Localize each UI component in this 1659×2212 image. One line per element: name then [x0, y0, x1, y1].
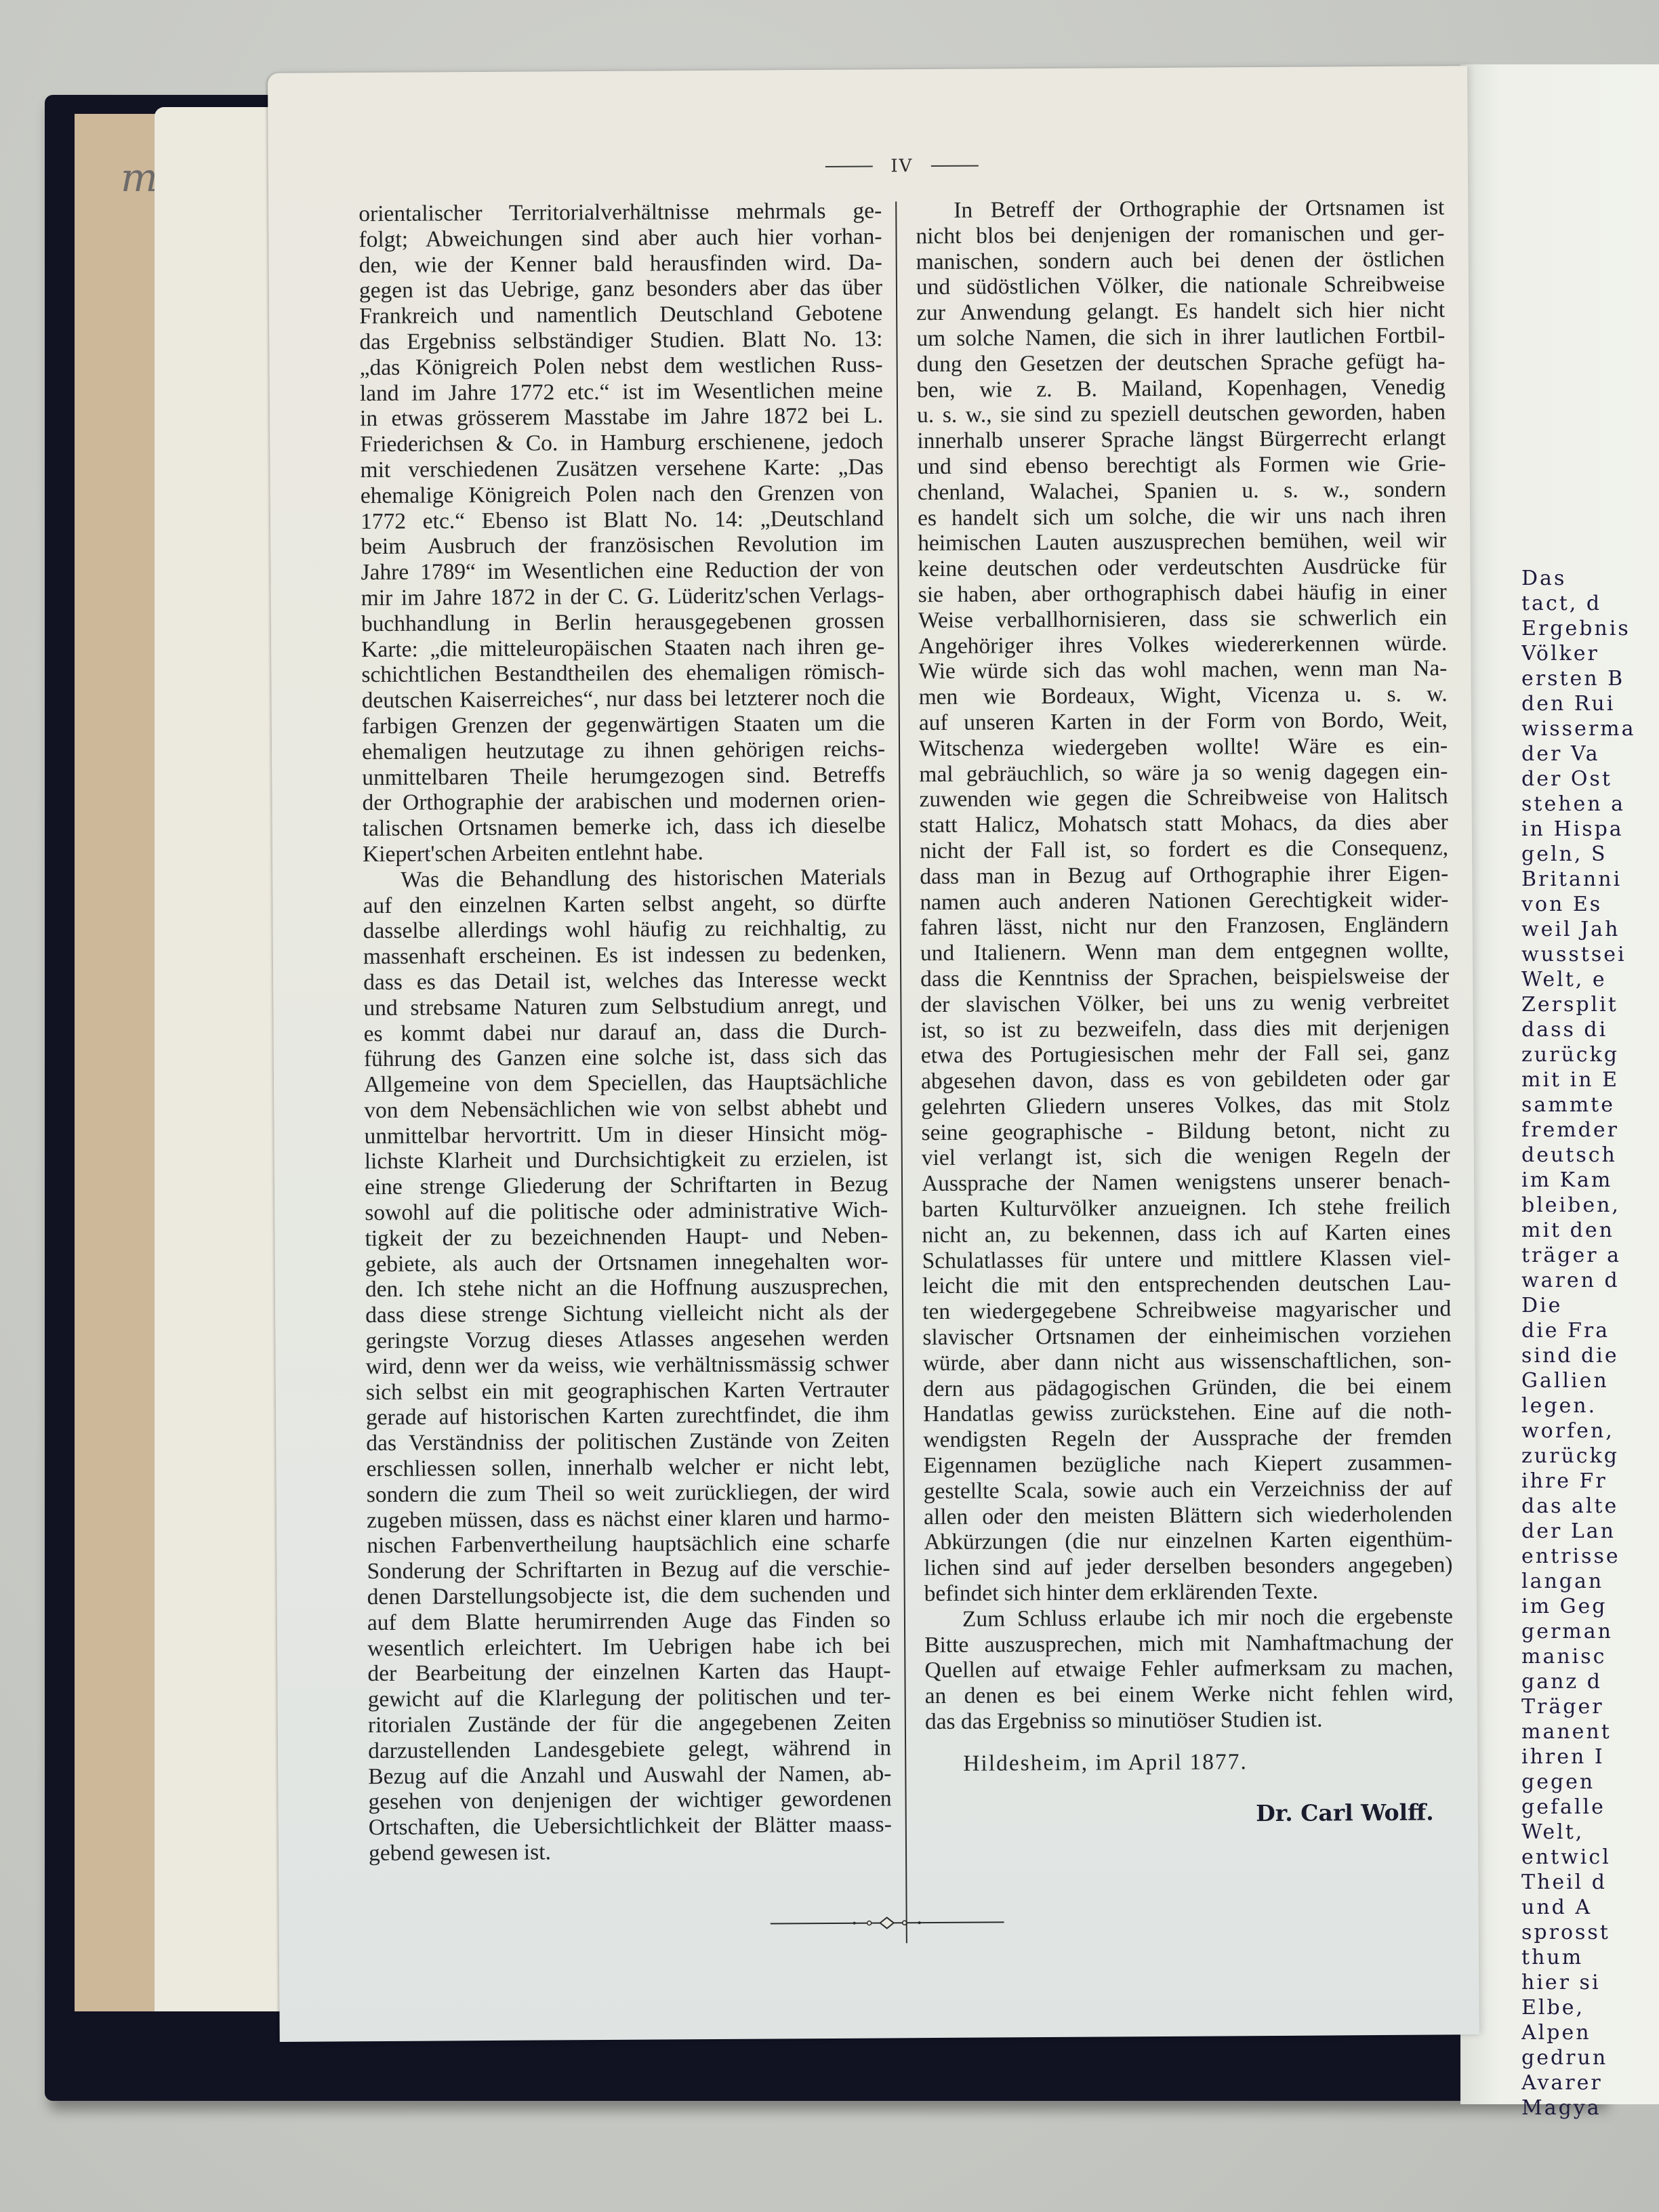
fragment-line: manisc [1521, 1644, 1659, 1669]
fragment-line: und A [1521, 1895, 1659, 1920]
fragment-line: gegen [1521, 1769, 1659, 1795]
text-line: geringste Vorzug dieses Atlasses angeseh… [365, 1325, 888, 1354]
text-line: massenhaft erscheinen. Es ist indessen z… [363, 941, 886, 970]
page-header: IV [800, 155, 1004, 177]
text-line: namen auch anderen Nationen Gerechtigkei… [920, 886, 1448, 916]
text-line: das Ergebniss selbständiger Studien. Bla… [359, 326, 882, 355]
text-line: Witschenza wiedergeben wollte! Wäre es e… [919, 733, 1448, 762]
text-line: dasselbe allerdings wohl häufig zu reich… [363, 916, 886, 945]
text-line: der Orthographie der arabischen und mode… [362, 787, 885, 817]
text-line: Karte: „die mitteleuropäischen Staaten n… [361, 634, 884, 663]
fragment-line: Theil d [1521, 1870, 1659, 1895]
text-line: auf unseren Karten in der Form von Bordo… [919, 707, 1448, 736]
text-line: dung den Gesetzen der deutschen Sprache … [917, 348, 1446, 377]
text-line: befindet sich hinter dem erklärenden Tex… [924, 1578, 1453, 1607]
fragment-line: im Kam [1521, 1168, 1659, 1193]
fragment-line: entwicl [1521, 1845, 1659, 1870]
fragment-line: Welt, e [1521, 967, 1659, 992]
fragment-line: entrisse [1521, 1544, 1659, 1569]
text-line: talischen Ortsnamen bemerke ich, dass ic… [363, 813, 886, 842]
text-line: nicht an, zu bekennen, dass ich auf Kart… [922, 1219, 1450, 1248]
text-line: ehemaligen heutzutage zu ihnen gehörigen… [362, 736, 885, 765]
text-line: abgesehen davon, dass es von gebildeten … [921, 1065, 1450, 1094]
fragment-line: gefalle [1521, 1795, 1659, 1820]
fragment-line: zurückg [1521, 1042, 1659, 1067]
fragment-line: Magya [1521, 2095, 1659, 2121]
text-line: Schulatlasses für untere und mittlere Kl… [922, 1245, 1451, 1274]
text-line: mal gebräuchlich, so wäre ja so wenig da… [919, 758, 1448, 787]
fragment-line: mit den [1521, 1218, 1659, 1243]
text-line: allen oder den meisten Blättern sich wie… [924, 1501, 1452, 1530]
text-line: manischen, sondern auch bei denen der ös… [916, 246, 1445, 275]
fragment-line: Völker [1521, 641, 1659, 666]
text-line: dass diese strenge Sichtung vielleicht n… [365, 1300, 888, 1329]
fragment-line: Die [1521, 1293, 1659, 1318]
fragment-line: dass di [1521, 1017, 1659, 1042]
pencil-mark: m [121, 155, 158, 201]
fragment-line: Welt, [1521, 1820, 1659, 1845]
text-line: Was die Behandlung des historischen Mate… [363, 864, 886, 893]
text-line: denen Darstellungsobjecte ist, die dem s… [367, 1581, 890, 1610]
fragment-line: Britanni [1521, 867, 1659, 892]
text-line: wendigsten Regeln der Aussprache der fre… [923, 1425, 1452, 1454]
text-line: erschliessen sollen, innerhalb welcher e… [366, 1453, 889, 1482]
text-line: der Bearbeitung der einzelnen Karten das… [367, 1658, 890, 1687]
text-line: folgt; Abweichungen sind aber auch hier … [359, 224, 882, 253]
text-line: orientalischer Territorialverhältnisse m… [359, 198, 882, 227]
text-line: dass man in Bezug auf Orthographie ihrer… [920, 861, 1448, 890]
text-line: gestellte Scala, sowie auch ein Verzeich… [924, 1475, 1452, 1504]
text-line: Abkürzungen (die nur einzelnen Karten ei… [924, 1527, 1452, 1556]
fragment-line: Zersplit [1521, 992, 1659, 1017]
text-line: gerade auf historischen Karten zurechtfi… [366, 1402, 889, 1431]
fragment-line: wisserma [1521, 716, 1659, 741]
fragment-line: im Geg [1521, 1594, 1659, 1619]
text-line: und sind ebenso berechtigt als Formen wi… [917, 451, 1446, 480]
fragment-line: stehen a [1521, 792, 1659, 817]
text-line: Frankreich und namentlich Deutschland Ge… [359, 301, 882, 330]
text-line: land im Jahre 1772 etc.“ ist im Wesentli… [360, 377, 883, 407]
fragment-line: worfen, [1521, 1418, 1659, 1443]
text-line: nicht blos bei denjenigen der romanische… [916, 220, 1444, 249]
fragment-line: Ergebnis [1521, 616, 1659, 641]
text-line: ben, wie z. B. Mailand, Kopenhagen, Vene… [917, 374, 1446, 403]
text-line: zugeben müssen, dass es nächst einer kla… [367, 1504, 890, 1534]
text-line: heimischen Lauten auszusprechen bemühen,… [918, 528, 1446, 557]
text-line: dass es das Detail ist, welches das Inte… [363, 966, 886, 996]
text-line: keine deutschen oder verdeutschten Ausdr… [918, 554, 1446, 583]
text-line: Aussprache der Namen wenigstens unserer … [922, 1168, 1450, 1197]
text-line: es kommt dabei nur darauf an, dass die D… [364, 1018, 887, 1047]
page-number: IV [890, 156, 913, 176]
text-line: chenland, Walachei, Spanien u. s. w., so… [918, 476, 1446, 506]
text-line: fahren lässt, nicht nur den Franzosen, E… [920, 912, 1449, 941]
text-line: der slavischen Völker, bei uns zu wenig … [920, 989, 1449, 1018]
text-line: wesentlich erleichtert. Im Uebrigen habe… [367, 1633, 890, 1662]
text-line: zur Anwendung gelangt. Es handelt sich h… [916, 298, 1445, 327]
text-line: und strebsame Naturen zum Selbstudium an… [363, 992, 886, 1021]
fragment-line: bleiben, [1521, 1193, 1659, 1218]
text-line: beim Ausbruch der französischen Revoluti… [361, 531, 884, 560]
text-line: lichste Klarheit und Durchsichtigkeit zu… [365, 1146, 888, 1175]
text-line: unmittelbaren Theile herumgezogen sind. … [362, 762, 885, 791]
text-line: ten wiedergegebene Schreibweise magyaris… [922, 1296, 1451, 1326]
text-line: schichtlichen Bestandtheilen des ehemali… [361, 659, 884, 689]
text-line: in etwas grösserem Masstabe im Jahre 187… [360, 403, 883, 432]
text-line: sie haben, aber orthographisch dabei häu… [918, 579, 1447, 608]
fragment-line: langan [1521, 1569, 1659, 1594]
fragment-line: geln, S [1521, 842, 1659, 867]
fragment-line: die Fra [1521, 1318, 1659, 1343]
fragment-line: Gallien [1521, 1368, 1659, 1393]
text-line: mir im Jahre 1872 in der C. G. Lüderitz'… [361, 582, 884, 611]
next-page-text-fragment: Dastact, dErgebnisVölkerersten Bden Ruiw… [1521, 566, 1659, 2121]
text-line: Allgemeine von dem Speciellen, das Haupt… [364, 1069, 887, 1099]
header-rule-right [930, 165, 978, 167]
fragment-line: ganz d [1521, 1669, 1659, 1694]
text-line: viel verlangt ist, sich die wenigen Rege… [922, 1143, 1450, 1172]
ornament-rule-icon [771, 1915, 1004, 1930]
text-line: gebend gewesen ist. [369, 1837, 892, 1866]
text-line: Sonderung der Schriftarten in Bezug auf … [367, 1556, 890, 1585]
text-line: innerhalb unserer Sprache längst Bürgerr… [917, 426, 1446, 455]
text-line: leicht die mit den entsprechenden deutsc… [922, 1271, 1451, 1300]
text-line: das Verständniss der politischen Zuständ… [366, 1428, 889, 1457]
fragment-line: ihre Fr [1521, 1469, 1659, 1494]
fragment-line: Träger [1521, 1694, 1659, 1719]
fragment-line: thum [1521, 1945, 1659, 1970]
text-line: Wie würde sich das wohl machen, wenn man… [918, 656, 1447, 685]
header-rule-left [825, 166, 873, 167]
fragment-line: in Hispa [1521, 817, 1659, 842]
fragment-line: Avarer [1521, 2070, 1659, 2095]
text-line: an denen es bei einem Werke nicht fehlen… [925, 1681, 1454, 1710]
text-line: In Betreff der Orthographie der Ortsname… [916, 194, 1444, 224]
fragment-line: hier si [1521, 1970, 1659, 1995]
text-line: den. Ich stehe nicht an die Hoffnung aus… [365, 1274, 888, 1303]
text-line: und Italienern. Wenn man dem entgegnen w… [920, 937, 1449, 966]
text-line: um solche Namen, die sich in ihrer lautl… [916, 323, 1445, 352]
fragment-line: mit in E [1521, 1067, 1659, 1092]
fragment-line: deutsch [1521, 1143, 1659, 1168]
fragment-line: Elbe, [1521, 1995, 1659, 2020]
text-line: barten Kulturvölker anzueignen. Ich steh… [922, 1193, 1450, 1223]
text-line: lichen sind auf jeder derselben besonder… [924, 1553, 1452, 1582]
fragment-line: ihren I [1521, 1744, 1659, 1769]
text-line: 1772 etc.“ Ebenso ist Blatt No. 14: „Deu… [361, 506, 884, 535]
text-line: dass die Kenntniss der Sprachen, beispie… [920, 963, 1449, 992]
fragment-line: weil Jah [1521, 917, 1659, 942]
text-line: gebiete, als auch der Ortsnamen innegeha… [365, 1248, 888, 1277]
fragment-line: fremder [1521, 1118, 1659, 1143]
text-line: Kiepert'schen Arbeiten entlehnt habe. [363, 838, 886, 867]
text-line: Angehöriger ihres Volkes wiedererkennen … [918, 630, 1447, 659]
text-line: auf den einzelnen Karten selbst angeht, … [363, 890, 886, 919]
author-signature: Dr. Carl Wolff. [926, 1799, 1454, 1828]
text-line: nischen Farbenvertheilung hauptsächlich … [367, 1530, 890, 1559]
fragment-line: träger a [1521, 1243, 1659, 1268]
fragment-line: legen. [1521, 1393, 1659, 1418]
fragment-line: wusstsei [1521, 942, 1659, 967]
text-line: Bitte auszusprechen, mich mit Namhaftmac… [924, 1629, 1453, 1658]
text-line: farbigen Grenzen der gegenwärtigen Staat… [362, 710, 885, 739]
next-page: Dastact, dErgebnisVölkerersten Bden Ruiw… [1460, 64, 1659, 2104]
fragment-line: das alte [1521, 1494, 1659, 1519]
right-column-body: In Betreff der Orthographie der Ortsname… [916, 194, 1454, 1735]
fragment-line: gedrun [1521, 2045, 1659, 2070]
text-line: statt Halicz, Mohatsch statt Mohacs, da … [920, 810, 1448, 839]
column-divider [895, 201, 907, 1943]
text-line: zuwenden wie gegen die Schreibweise von … [919, 784, 1448, 813]
text-line: men wie Bordeaux, Wight, Vicenza u. s. w… [919, 682, 1448, 711]
text-line: ist, so ist zu bezweifeln, dass dies mit… [921, 1015, 1450, 1044]
fragment-line: der Lan [1521, 1519, 1659, 1544]
text-line: es handelt sich um solche, die wir uns n… [918, 502, 1446, 531]
text-line: sowohl auf die politische oder administr… [365, 1197, 888, 1227]
text-line: ehemalige Königreich Polen nach den Gren… [361, 480, 884, 509]
fragment-line: sammte [1521, 1092, 1659, 1118]
fragment-line: sprosst [1521, 1920, 1659, 1945]
fragment-line: ersten B [1521, 666, 1659, 691]
text-line: etwa des Portugiesischen mehr der Fall s… [921, 1040, 1450, 1069]
fragment-line: tact, d [1521, 591, 1659, 616]
fragment-line: den Rui [1521, 691, 1659, 716]
text-line: tigkeit der zu bezeichnenden Haupt- und … [365, 1223, 888, 1252]
text-line: sondern die zum Theil so weit zurücklieg… [367, 1479, 890, 1508]
text-line: Zum Schluss erlaube ich mir noch die erg… [924, 1603, 1453, 1633]
fragment-line: der Va [1521, 741, 1659, 766]
text-line: u. s. w., sie sind zu speziell deutschen… [917, 400, 1446, 429]
text-line: Handatlas gewiss zurückstehen. Eine auf … [923, 1399, 1452, 1428]
text-line: sich selbst ein mit geographischen Karte… [366, 1376, 889, 1406]
text-line: Eigennamen bezügliche nach Kiepert zusam… [923, 1450, 1452, 1479]
place-date: Hildesheim, im April 1877. [925, 1748, 1454, 1777]
fragment-line: von Es [1521, 892, 1659, 917]
text-line: dern aus pädagogischen Gründen, die bei … [923, 1373, 1452, 1402]
text-line: den, wie der Kenner bald herausfinden wi… [359, 249, 882, 279]
left-column-text: orientalischer Territorialverhältnisse m… [359, 198, 892, 1866]
fragment-line: waren d [1521, 1268, 1659, 1293]
fragment-line: german [1521, 1619, 1659, 1644]
text-line: Weise verballhornisieren, dass sie schwe… [918, 605, 1447, 634]
text-line: Friederichsen & Co. in Hamburg erschiene… [360, 429, 883, 458]
book-page: IV orientalischer Territorialverhältniss… [268, 66, 1479, 2042]
fragment-line: zurückg [1521, 1443, 1659, 1469]
endpaper [75, 114, 163, 2011]
text-line: buchhandlung in Berlin herausgegebenen g… [361, 608, 884, 637]
text-line: wird, denn wer da weiss, wie verhältniss… [366, 1351, 889, 1380]
text-line: auf dem Blatte herumirrenden Auge das Fi… [367, 1607, 890, 1636]
fragment-line: Das [1521, 566, 1659, 591]
text-line: Ortschaften, die Uebersichtlichkeit der … [369, 1812, 892, 1841]
text-line: das das Ergebniss so minutiöser Studien … [925, 1706, 1454, 1735]
right-column-text: In Betreff der Orthographie der Ortsname… [916, 194, 1454, 1828]
text-line: seine geographische - Bildung betont, ni… [921, 1117, 1450, 1146]
fragment-line: der Ost [1521, 766, 1659, 792]
text-line: Bezug auf die Anzahl und Auswahl der Nam… [368, 1761, 891, 1790]
text-line: und südöstlichen Völker, die nationale S… [916, 272, 1445, 301]
text-line: gewicht auf die Klarlegung der politisch… [368, 1684, 891, 1713]
text-line: nicht der Fall ist, so fordert es die Co… [920, 835, 1448, 864]
text-line: gegen ist das Uebrige, ganz besonders ab… [359, 275, 882, 304]
fragment-line: manent [1521, 1719, 1659, 1744]
text-line: unmittelbar hervortritt. Um in dieser Hi… [364, 1120, 887, 1149]
text-line: gelehrten Gliedern unseres Volkes, das m… [921, 1091, 1450, 1120]
text-line: mit verschiedenen Zusätzen versehene Kar… [360, 454, 883, 483]
text-line: führung des Ganzen eine solche ist, dass… [364, 1044, 887, 1073]
text-line: von dem Nebensächlichen wie von selbst a… [364, 1094, 887, 1124]
text-line: ritorialen Zustände der für die angegebe… [368, 1709, 891, 1738]
text-line: eine strenge Gliederung der Schriftarten… [365, 1172, 888, 1201]
text-line: Quellen auf etwaige Fehler aufmerksam zu… [924, 1655, 1453, 1684]
text-line: darzustellenden Landesgebiete gelegt, wä… [368, 1735, 891, 1764]
text-line: würde, aber dann nicht aus wissenschaftl… [923, 1347, 1452, 1376]
text-line: Jahre 1789“ im Wesentlichen eine Reducti… [361, 557, 884, 586]
fragment-line: sind die [1521, 1343, 1659, 1368]
text-line: slavischer Ortsnamen der einheimischen v… [922, 1322, 1451, 1351]
text-line: gesehen von denjenigen der wichtiger gew… [368, 1786, 891, 1816]
text-line: deutschen Kaiserreiches“, nur dass bei l… [362, 685, 885, 714]
fragment-line: Alpen [1521, 2020, 1659, 2045]
text-line: „das Königreich Polen nebst dem westlich… [360, 352, 883, 381]
